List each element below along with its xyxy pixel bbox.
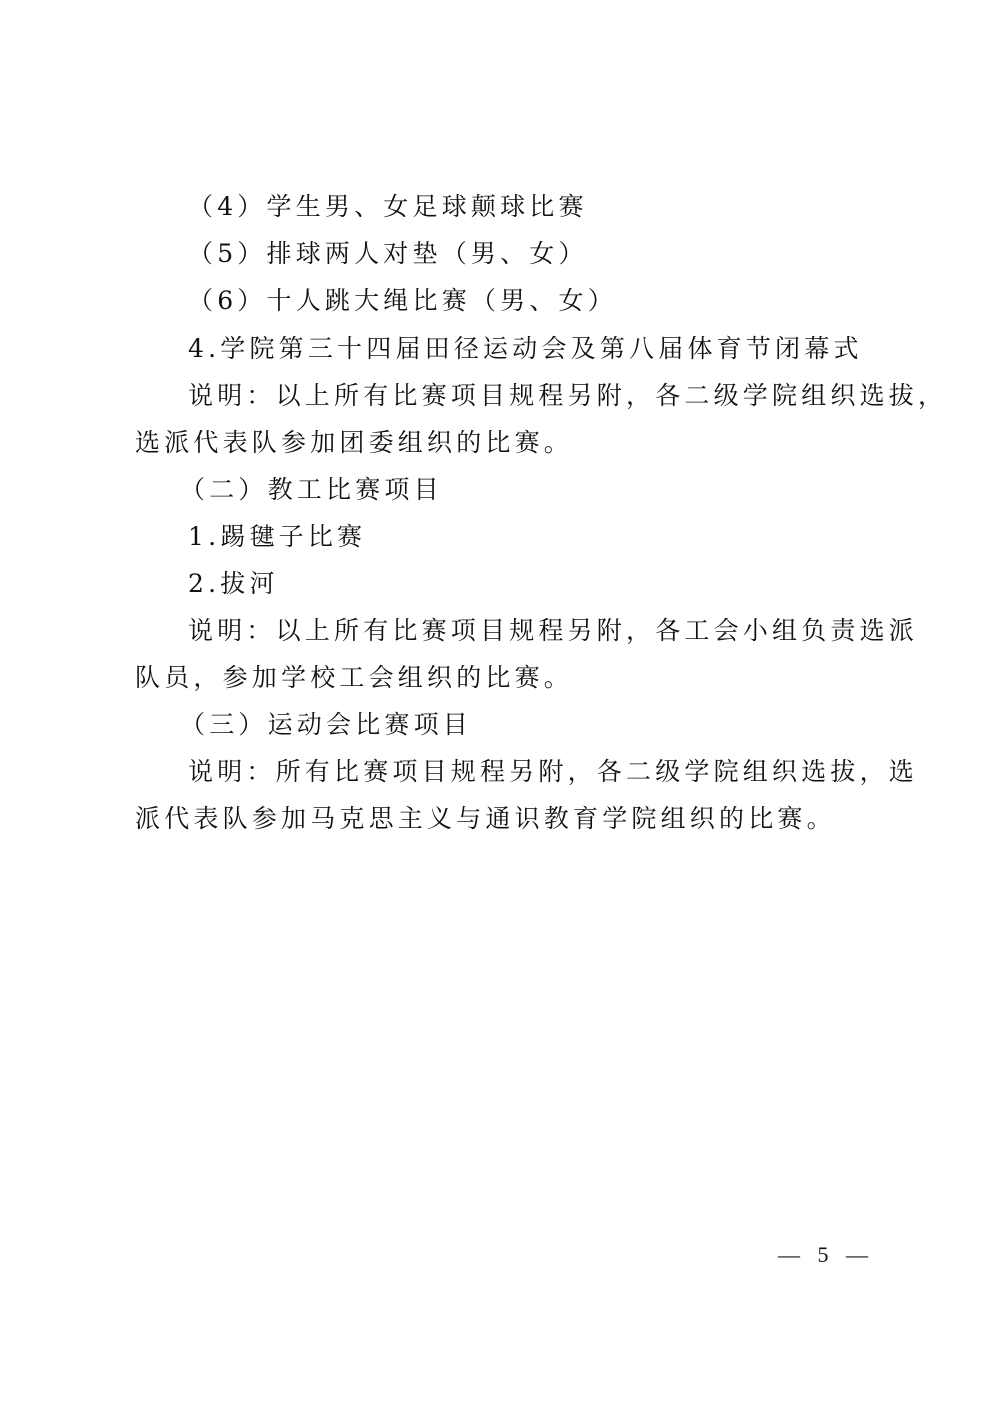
list-item-football-juggling: （4）学生男、女足球颠球比赛 (188, 192, 588, 222)
note-staff-events-line-2: 队员，参加学校工会组织的比赛。 (135, 663, 573, 693)
list-item-volleyball-pass: （5）排球两人对垫（男、女） (188, 239, 588, 269)
note-student-events-line-1: 说明：以上所有比赛项目规程另附，各二级学院组织选拔， (188, 381, 947, 411)
note-student-events-line-2: 选派代表队参加团委组织的比赛。 (135, 428, 573, 458)
list-item-jump-rope: （6）十人跳大绳比赛（男、女） (188, 286, 617, 316)
page-number: — 5 — (778, 1240, 874, 1270)
section-heading-sports-meet-events: （三）运动会比赛项目 (180, 710, 472, 740)
document-page: （4）学生男、女足球颠球比赛 （5）排球两人对垫（男、女） （6）十人跳大绳比赛… (0, 0, 1000, 1413)
note-sports-meet-line-1: 说明：所有比赛项目规程另附，各二级学院组织选拔，选 (188, 757, 918, 787)
section-heading-staff-events: （二）教工比赛项目 (180, 475, 443, 505)
note-sports-meet-line-2: 派代表队参加马克思主义与通识教育学院组织的比赛。 (135, 804, 836, 834)
list-item-closing-ceremony: 4.学院第三十四届田径运动会及第八届体育节闭幕式 (188, 334, 863, 364)
note-staff-events-line-1: 说明：以上所有比赛项目规程另附，各工会小组负责选派 (188, 616, 918, 646)
list-item-shuttlecock: 1.踢毽子比赛 (188, 522, 366, 552)
list-item-tug-of-war: 2.拔河 (188, 569, 279, 599)
